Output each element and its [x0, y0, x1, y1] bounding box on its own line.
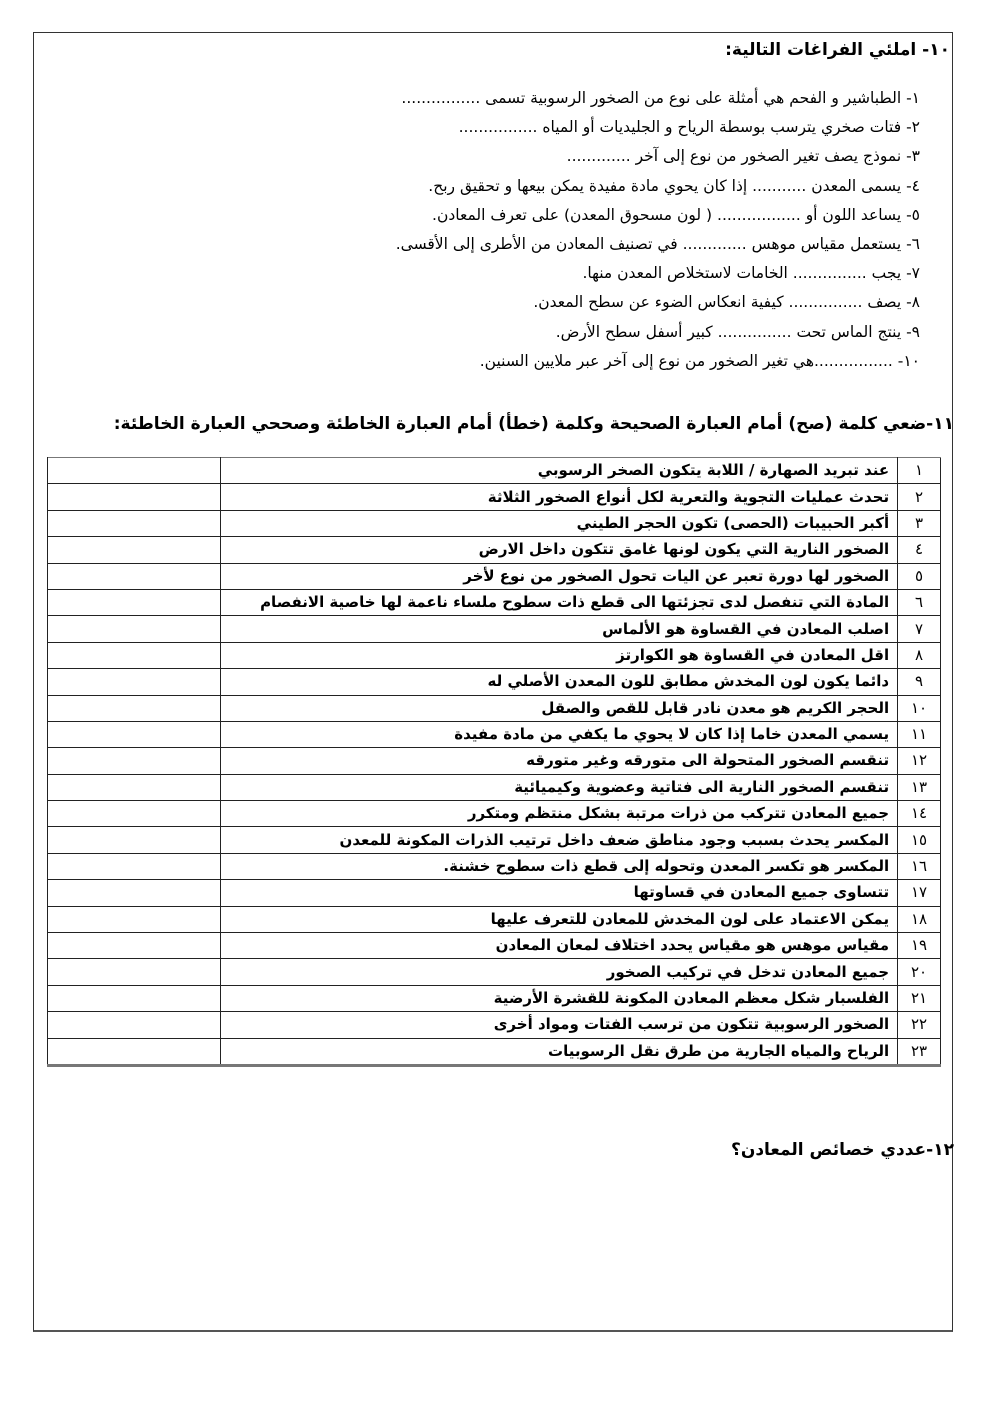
row-number: ١٩ [898, 933, 941, 959]
statement-cell: المكسر هو تكسر المعدن وتحوله إلى قطع ذات… [221, 853, 898, 879]
statement-cell: تنقسم الصخور النارية الى فتاتية وعضوية و… [221, 774, 898, 800]
table-row: ٨اقل المعادن في القساوة هو الكوارتز [48, 642, 941, 668]
row-number: ١٠ [898, 695, 941, 721]
row-number: ٦ [898, 589, 941, 615]
table-row: ١٦المكسر هو تكسر المعدن وتحوله إلى قطع ذ… [48, 853, 941, 879]
row-number: ٥ [898, 563, 941, 589]
question-12-title: ١٢-عددي خصائص المعادن؟ [731, 1140, 954, 1160]
row-number: ٢٣ [898, 1038, 941, 1065]
statement-cell: الصخور الرسوبية تتكون من ترسب الفتات ومو… [221, 1012, 898, 1038]
answer-cell[interactable] [48, 1038, 221, 1065]
answer-cell[interactable] [48, 959, 221, 985]
answer-cell[interactable] [48, 589, 221, 615]
answer-cell[interactable] [48, 827, 221, 853]
statement-cell: اقل المعادن في القساوة هو الكوارتز [221, 642, 898, 668]
table-row: ١١يسمي المعدن خاما إذا كان لا يحوي ما يك… [48, 721, 941, 747]
answer-cell[interactable] [48, 695, 221, 721]
row-number: ٢١ [898, 985, 941, 1011]
table-row: ٤الصخور النارية التي يكون لونها غامق تتك… [48, 537, 941, 563]
row-number: ١١ [898, 721, 941, 747]
answer-cell[interactable] [48, 616, 221, 642]
table-row: ١٥المكسر يحدث بسبب وجود مناطق ضعف داخل ت… [48, 827, 941, 853]
answer-cell[interactable] [48, 669, 221, 695]
statement-cell: الصخور النارية التي يكون لونها غامق تتكو… [221, 537, 898, 563]
row-number: ٧ [898, 616, 941, 642]
statement-cell: الرياح والمياه الجارية من طرق نقل الرسوب… [221, 1038, 898, 1065]
fill-blank-item[interactable]: ٨- يصف ............... كيفية انعكاس الضو… [220, 288, 920, 317]
question-12-answer-area[interactable] [50, 1175, 940, 1325]
row-number: ١٧ [898, 880, 941, 906]
answer-cell[interactable] [48, 985, 221, 1011]
table-row: ٩دائما يكون لون المخدش مطابق للون المعدن… [48, 669, 941, 695]
fill-blank-item[interactable]: ٦- يستعمل مقياس موهس ............. في تص… [220, 230, 920, 259]
answer-cell[interactable] [48, 774, 221, 800]
statement-cell: المكسر يحدث بسبب وجود مناطق ضعف داخل ترت… [221, 827, 898, 853]
statement-cell: الحجر الكريم هو معدن نادر قابل للقص والص… [221, 695, 898, 721]
statement-cell: يسمي المعدن خاما إذا كان لا يحوي ما يكفي… [221, 721, 898, 747]
row-number: ٩ [898, 669, 941, 695]
row-number: ٨ [898, 642, 941, 668]
table-row: ١٨يمكن الاعتماد على لون المخدش للمعادن ل… [48, 906, 941, 932]
fill-blank-item[interactable]: ٩- ينتج الماس تحت ............... كبير أ… [220, 318, 920, 347]
answer-cell[interactable] [48, 458, 221, 484]
table-row: ٦المادة التي تنفصل لدى تجزئتها الى قطع ذ… [48, 589, 941, 615]
answer-cell[interactable] [48, 537, 221, 563]
fill-in-blanks-list: ١- الطباشير و الفحم هي أمثلة على نوع من … [220, 84, 920, 376]
question-10-title: ١٠- املئي الفراغات التالية: [725, 40, 950, 60]
answer-cell[interactable] [48, 642, 221, 668]
fill-blank-item[interactable]: ١٠- ................هي تغير الصخور من نو… [220, 347, 920, 376]
statement-cell: الفلسبار شكل معظم المعادن المكونة للقشرة… [221, 985, 898, 1011]
row-number: ١٥ [898, 827, 941, 853]
table-row: ١عند تبريد الصهارة / اللابة يتكون الصخر … [48, 458, 941, 484]
row-number: ٣ [898, 510, 941, 536]
answer-cell[interactable] [48, 906, 221, 932]
answer-cell[interactable] [48, 853, 221, 879]
fill-blank-item[interactable]: ٥- يساعد اللون أو ................. ( لو… [220, 201, 920, 230]
table-row: ٢٢الصخور الرسوبية تتكون من ترسب الفتات و… [48, 1012, 941, 1038]
answer-cell[interactable] [48, 880, 221, 906]
statement-cell: تحدث عمليات التجوية والتعرية لكل أنواع ا… [221, 484, 898, 510]
table-row: ١٤جميع المعادن تتركب من ذرات مرتبة بشكل … [48, 801, 941, 827]
statement-cell: دائما يكون لون المخدش مطابق للون المعدن … [221, 669, 898, 695]
answer-cell[interactable] [48, 1012, 221, 1038]
row-number: ١٦ [898, 853, 941, 879]
row-number: ١٢ [898, 748, 941, 774]
answer-cell[interactable] [48, 721, 221, 747]
answer-cell[interactable] [48, 748, 221, 774]
row-number: ٢ [898, 484, 941, 510]
statement-cell: عند تبريد الصهارة / اللابة يتكون الصخر ا… [221, 458, 898, 484]
answer-cell[interactable] [48, 484, 221, 510]
true-false-table: ١عند تبريد الصهارة / اللابة يتكون الصخر … [47, 457, 941, 1067]
answer-cell[interactable] [48, 510, 221, 536]
row-number: ١٤ [898, 801, 941, 827]
table-row: ٣أكبر الحبيبات (الحصى) تكون الحجر الطيني [48, 510, 941, 536]
row-number: ١٣ [898, 774, 941, 800]
table-row: ١٣تنقسم الصخور النارية الى فتاتية وعضوية… [48, 774, 941, 800]
statement-cell: مقياس موهس هو مقياس يحدد اختلاف لمعان ال… [221, 933, 898, 959]
table-row: ٢٣الرياح والمياه الجارية من طرق نقل الرس… [48, 1038, 941, 1065]
answer-cell[interactable] [48, 933, 221, 959]
fill-blank-item[interactable]: ٣- نموذج يصف تغير الصخور من نوع إلى آخر … [220, 142, 920, 171]
answer-cell[interactable] [48, 563, 221, 589]
row-number: ١٨ [898, 906, 941, 932]
fill-blank-item[interactable]: ٧- يجب ............... الخامات لاستخلاص … [220, 259, 920, 288]
row-number: ٢٠ [898, 959, 941, 985]
question-11-title: ١١-ضعي كلمة (صح) أمام العبارة الصحيحة وك… [114, 414, 954, 434]
statement-cell: أكبر الحبيبات (الحصى) تكون الحجر الطيني [221, 510, 898, 536]
answer-cell[interactable] [48, 801, 221, 827]
table-row: ٢١الفلسبار شكل معظم المعادن المكونة للقش… [48, 985, 941, 1011]
statement-cell: جميع المعادن تدخل في تركيب الصخور [221, 959, 898, 985]
statement-cell: تتساوى جميع المعادن في قساوتها [221, 880, 898, 906]
table-row: ٥الصخور لها دورة تعبر عن اليات تحول الصخ… [48, 563, 941, 589]
statement-cell: الصخور لها دورة تعبر عن اليات تحول الصخو… [221, 563, 898, 589]
table-row: ٢تحدث عمليات التجوية والتعرية لكل أنواع … [48, 484, 941, 510]
table-row: ٧اصلب المعادن في القساوة هو الألماس [48, 616, 941, 642]
table-row: ١٢تنقسم الصخور المتحولة الى متورقه وغير … [48, 748, 941, 774]
row-number: ٤ [898, 537, 941, 563]
table-row: ١٩مقياس موهس هو مقياس يحدد اختلاف لمعان … [48, 933, 941, 959]
statement-cell: المادة التي تنفصل لدى تجزئتها الى قطع ذا… [221, 589, 898, 615]
table-row: ١٧تتساوى جميع المعادن في قساوتها [48, 880, 941, 906]
row-number: ١ [898, 458, 941, 484]
table-row: ١٠الحجر الكريم هو معدن نادر قابل للقص وا… [48, 695, 941, 721]
statement-cell: اصلب المعادن في القساوة هو الألماس [221, 616, 898, 642]
statement-cell: جميع المعادن تتركب من ذرات مرتبة بشكل من… [221, 801, 898, 827]
fill-blank-item[interactable]: ٢- فتات صخري يترسب بوسطة الرياح و الجليد… [220, 113, 920, 142]
statement-cell: تنقسم الصخور المتحولة الى متورقه وغير مت… [221, 748, 898, 774]
fill-blank-item[interactable]: ٤- يسمى المعدن ........... إذا كان يحوي … [220, 172, 920, 201]
table-row: ٢٠جميع المعادن تدخل في تركيب الصخور [48, 959, 941, 985]
statement-cell: يمكن الاعتماد على لون المخدش للمعادن للت… [221, 906, 898, 932]
fill-blank-item[interactable]: ١- الطباشير و الفحم هي أمثلة على نوع من … [220, 84, 920, 113]
row-number: ٢٢ [898, 1012, 941, 1038]
